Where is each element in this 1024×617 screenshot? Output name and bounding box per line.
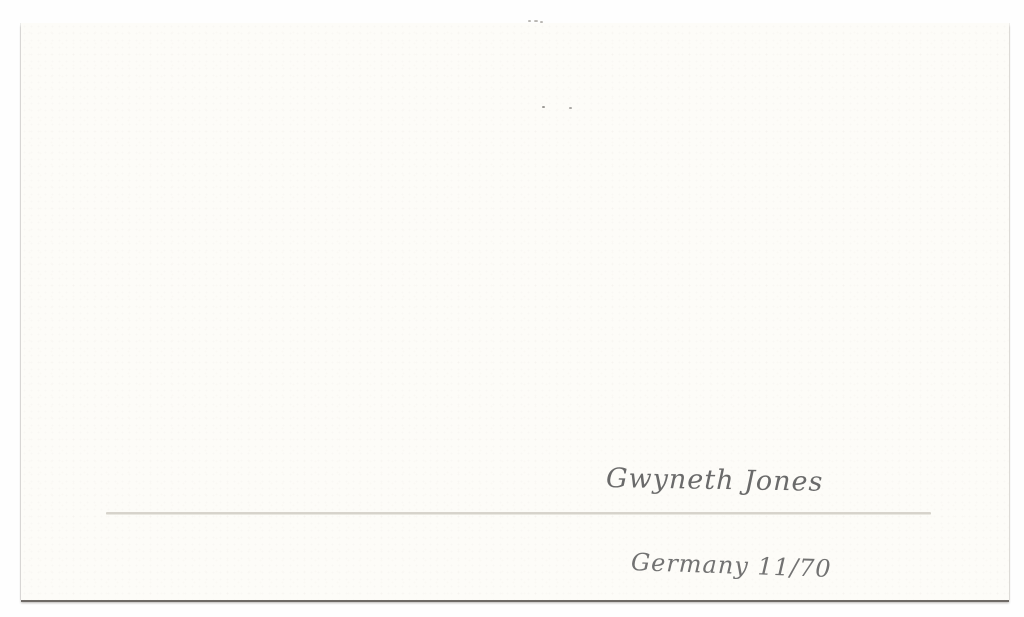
pencil-mark — [569, 107, 572, 109]
speck — [528, 20, 531, 22]
speck — [534, 20, 538, 22]
pencil-mark — [542, 106, 545, 108]
signature-text: Gwyneth Jones — [606, 463, 824, 498]
autograph-card: Gwyneth Jones Germany 11/70 — [21, 23, 1009, 600]
embossed-plate-line — [106, 512, 931, 515]
scanned-card-image: Gwyneth Jones Germany 11/70 — [0, 0, 1024, 617]
inscription-text: Germany 11/70 — [631, 548, 833, 583]
dust-specks — [514, 0, 564, 10]
